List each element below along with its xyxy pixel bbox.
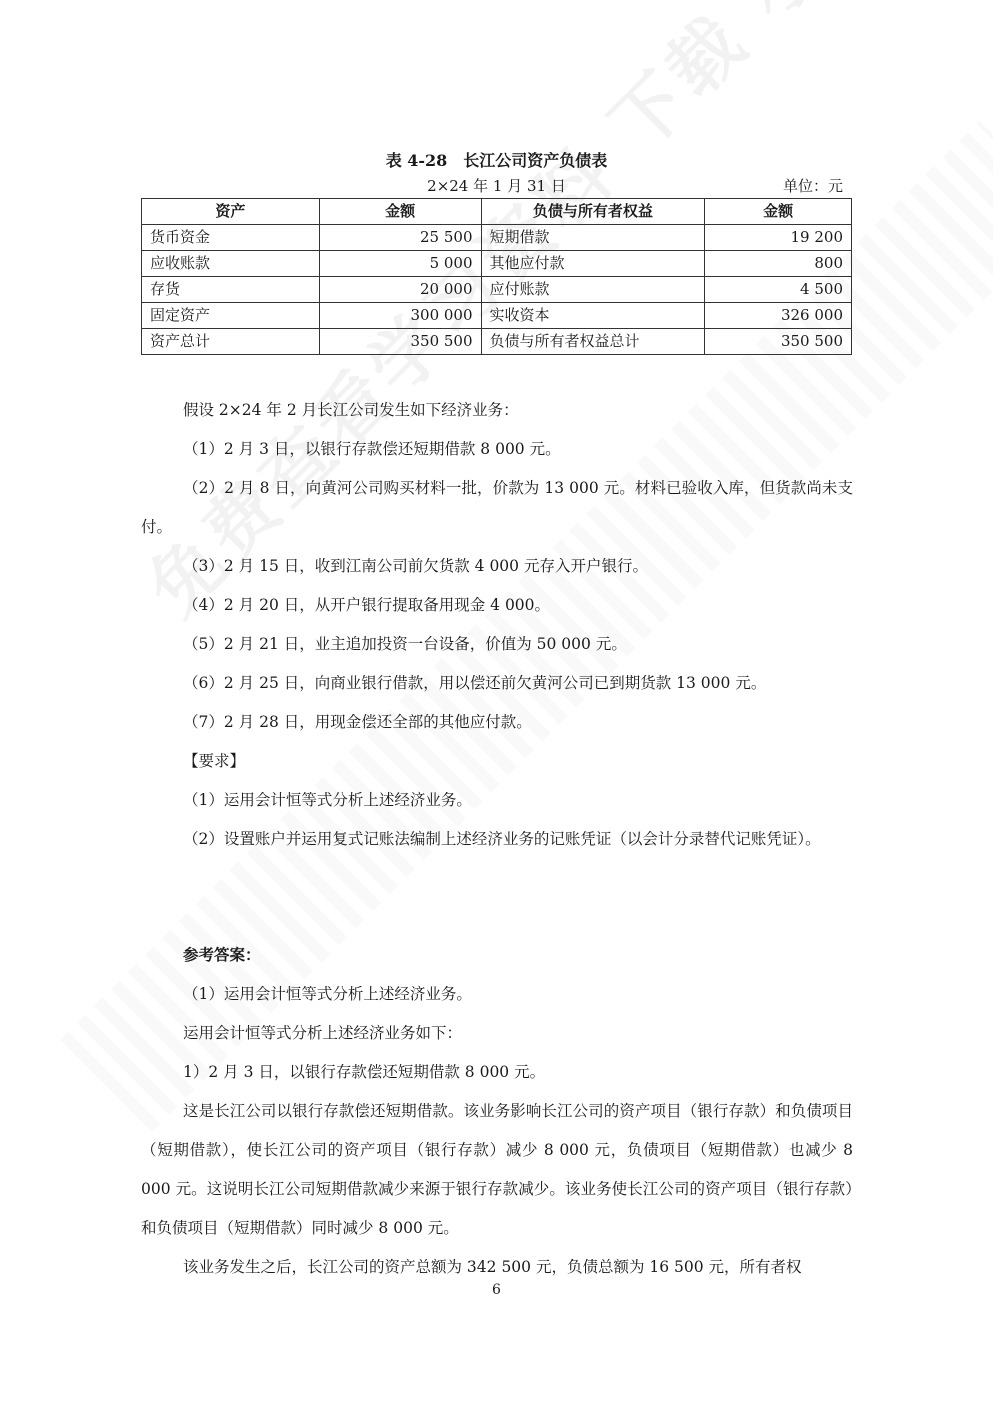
table-row: 存货 20 000 应付账款 4 500 <box>142 277 852 303</box>
cell: 实收资本 <box>481 303 705 329</box>
cell: 存货 <box>142 277 320 303</box>
table-row: 固定资产 300 000 实收资本 326 000 <box>142 303 852 329</box>
cell: 应付账款 <box>481 277 705 303</box>
header-amount: 金额 <box>319 199 481 225</box>
cell: 4 500 <box>705 277 852 303</box>
requirement-item: （1）运用会计恒等式分析上述经济业务。 <box>141 781 853 820</box>
table-row: 应收账款 5 000 其他应付款 800 <box>142 251 852 277</box>
cell: 326 000 <box>705 303 852 329</box>
cell: 固定资产 <box>142 303 320 329</box>
cell: 货币资金 <box>142 225 320 251</box>
cell: 资产总计 <box>142 329 320 355</box>
answer-heading: 参考答案： <box>141 936 853 975</box>
header-assets: 资产 <box>142 199 320 225</box>
answer-lead: 运用会计恒等式分析上述经济业务如下： <box>141 1014 853 1053</box>
answer-explanation: 这是长江公司以银行存款偿还短期借款。该业务影响长江公司的资产项目（银行存款）和负… <box>141 1092 853 1248</box>
transaction-item: （6）2 月 25 日，向商业银行借款，用以偿还前欠黄河公司已到期货款 13 0… <box>141 664 853 703</box>
table-caption: 表 4-28 长江公司资产负债表 <box>0 148 993 171</box>
table-row-total: 资产总计 350 500 负债与所有者权益总计 350 500 <box>142 329 852 355</box>
cell: 其他应付款 <box>481 251 705 277</box>
table-unit: 单位：元 <box>783 175 843 196</box>
transaction-item: （2）2 月 8 日，向黄河公司购买材料一批，价款为 13 000 元。材料已验… <box>141 469 853 547</box>
header-liabilities-equity: 负债与所有者权益 <box>481 199 705 225</box>
balance-sheet-table: 资产 金额 负债与所有者权益 金额 货币资金 25 500 短期借款 19 20… <box>141 198 852 355</box>
cell: 350 500 <box>705 329 852 355</box>
cell: 20 000 <box>319 277 481 303</box>
requirement-item: （2）设置账户并运用复式记账法编制上述经济业务的记账凭证（以会计分录替代记账凭证… <box>141 820 853 859</box>
cell: 短期借款 <box>481 225 705 251</box>
cell: 800 <box>705 251 852 277</box>
answer-item: 1）2 月 3 日，以银行存款偿还短期借款 8 000 元。 <box>141 1053 853 1092</box>
table-row: 货币资金 25 500 短期借款 19 200 <box>142 225 852 251</box>
cell: 负债与所有者权益总计 <box>481 329 705 355</box>
requirements-heading: 【要求】 <box>141 742 853 781</box>
cell: 19 200 <box>705 225 852 251</box>
cell: 5 000 <box>319 251 481 277</box>
intro-paragraph: 假设 2×24 年 2 月长江公司发生如下经济业务： <box>141 391 853 430</box>
transaction-item: （7）2 月 28 日，用现金偿还全部的其他应付款。 <box>141 703 853 742</box>
transaction-item: （4）2 月 20 日，从开户银行提取备用现金 4 000。 <box>141 586 853 625</box>
cell: 350 500 <box>319 329 481 355</box>
cell: 应收账款 <box>142 251 320 277</box>
page-number: 6 <box>0 1282 993 1298</box>
transaction-item: （3）2 月 15 日，收到江南公司前欠货款 4 000 元存入开户银行。 <box>141 547 853 586</box>
cell: 25 500 <box>319 225 481 251</box>
table-header-row: 资产 金额 负债与所有者权益 金额 <box>142 199 852 225</box>
header-amount: 金额 <box>705 199 852 225</box>
table-date: 2×24 年 1 月 31 日 <box>0 175 993 196</box>
cell: 300 000 <box>319 303 481 329</box>
transaction-item: （5）2 月 21 日，业主追加投资一台设备，价值为 50 000 元。 <box>141 625 853 664</box>
answer-subheading: （1）运用会计恒等式分析上述经济业务。 <box>141 975 853 1014</box>
transaction-item: （1）2 月 3 日，以银行存款偿还短期借款 8 000 元。 <box>141 430 853 469</box>
